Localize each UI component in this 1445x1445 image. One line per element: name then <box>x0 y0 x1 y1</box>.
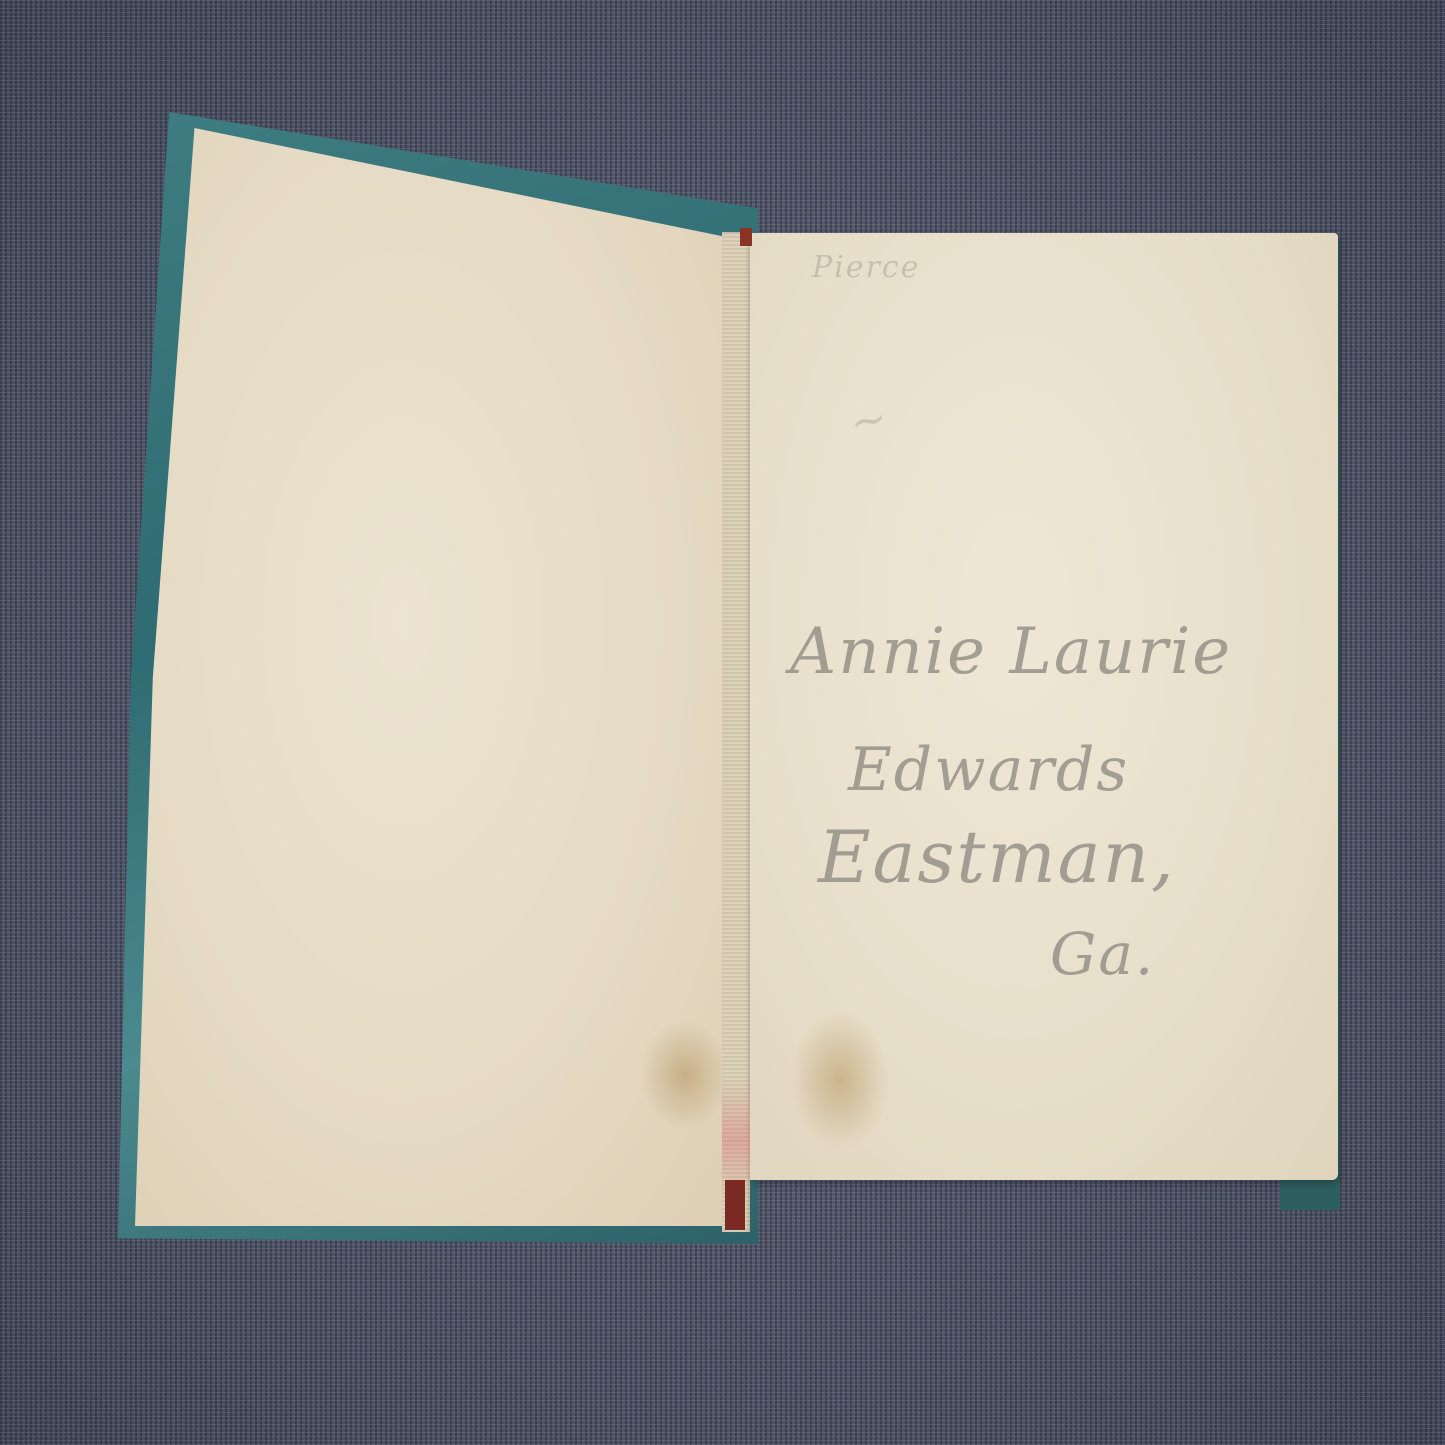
spine-red-bottom <box>725 1180 745 1230</box>
inscription-name-first: Annie Laurie <box>790 615 1232 689</box>
spine-red-top <box>740 228 752 246</box>
inscription-name-last: Edwards <box>848 735 1129 805</box>
inscription-town: Eastman, <box>818 815 1176 899</box>
book-photo: Pierce ~ Annie Laurie Edwards Eastman, G… <box>0 0 1445 1445</box>
faint-top-note: Pierce <box>812 250 920 285</box>
water-stain-right <box>790 1010 890 1150</box>
water-stain-left <box>640 1020 730 1130</box>
inscription-state: Ga. <box>1050 920 1155 988</box>
